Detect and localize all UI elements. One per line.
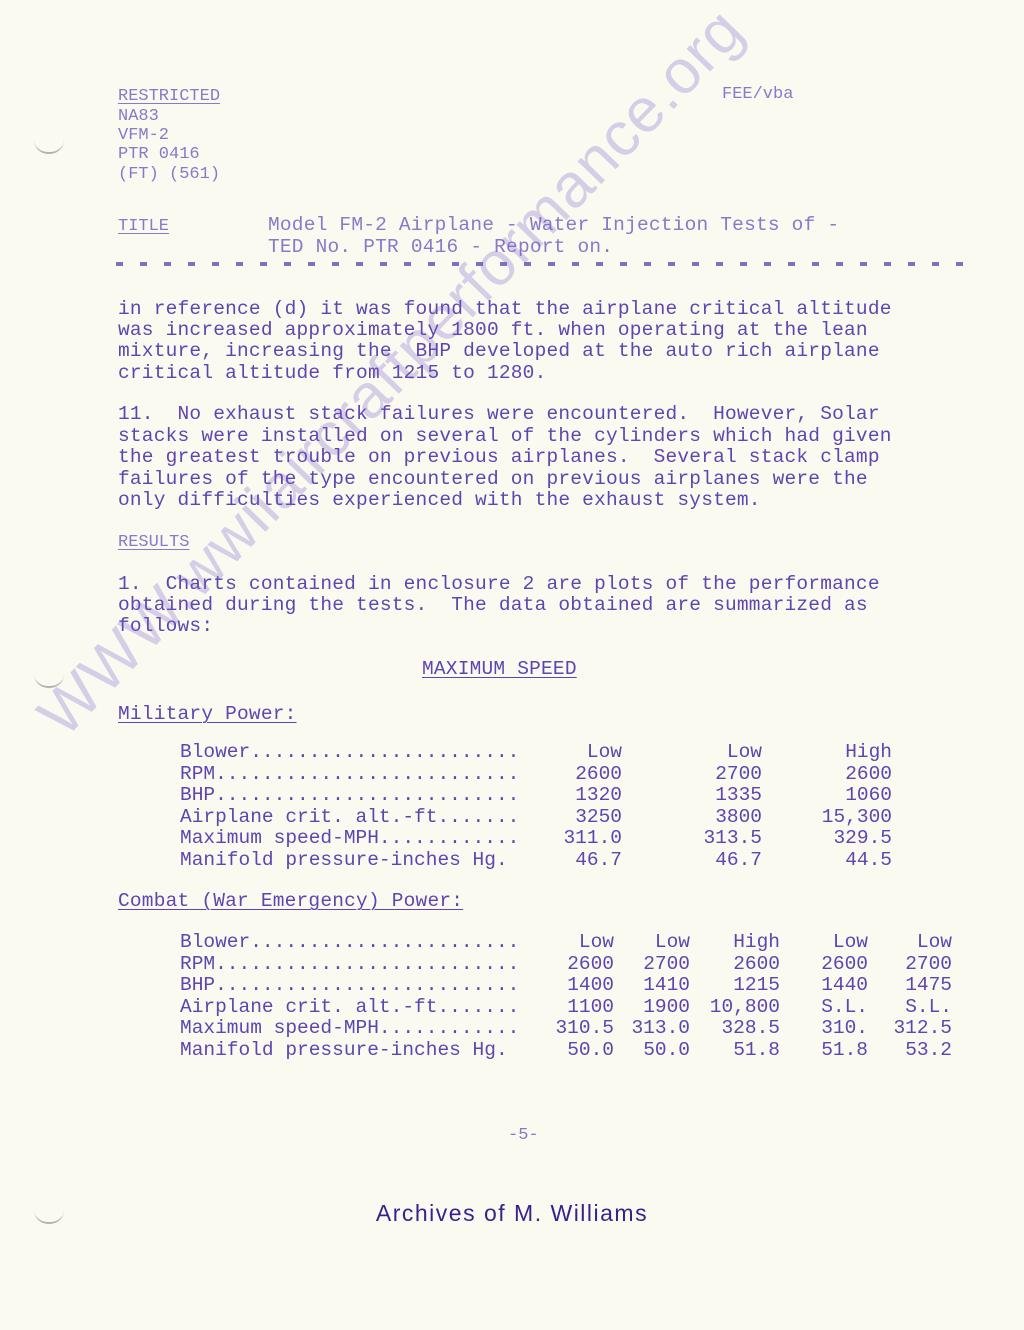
ref-line: (FT) (561) xyxy=(118,166,220,184)
cell-value: 1100 xyxy=(552,997,614,1019)
text-line: only difficulties experienced with the e… xyxy=(118,490,761,512)
cell-value: 1475 xyxy=(868,975,952,997)
cell-value: Low xyxy=(552,932,614,954)
text-line: was increased approximately 1800 ft. whe… xyxy=(118,320,868,342)
row-label: Maximum speed-MPH............ xyxy=(180,828,552,850)
typist-initials: FEE/vba xyxy=(722,86,793,104)
cell-value: 15,300 xyxy=(762,807,892,829)
title-line: TED No. PTR 0416 - Report on. xyxy=(268,237,613,259)
cell-value: 310.5 xyxy=(552,1018,614,1040)
row-label: Airplane crit. alt.-ft....... xyxy=(180,997,552,1019)
cell-value: 51.8 xyxy=(690,1040,780,1062)
row-label: BHP.......................... xyxy=(180,975,552,997)
cell-value: 1410 xyxy=(614,975,690,997)
classification-stamp: RESTRICTED xyxy=(118,88,220,106)
title-line: Model FM-2 Airplane - Water Injection Te… xyxy=(268,215,839,237)
cell-value: 3250 xyxy=(552,807,622,829)
punch-mark xyxy=(34,672,64,688)
cell-value: 1060 xyxy=(762,785,892,807)
punch-mark xyxy=(34,138,64,154)
page-number: -5- xyxy=(508,1127,539,1145)
text-line: stacks were installed on several of the … xyxy=(118,426,892,448)
cell-value: 1335 xyxy=(622,785,762,807)
table-row: Manifold pressure-inches Hg.46.746.744.5 xyxy=(180,850,892,872)
text-line: failures of the type encountered on prev… xyxy=(118,469,868,491)
cell-value: 2600 xyxy=(762,764,892,786)
cell-value: 311.0 xyxy=(552,828,622,850)
cell-value: 1400 xyxy=(552,975,614,997)
cell-value: High xyxy=(690,932,780,954)
cell-value: 2700 xyxy=(622,764,762,786)
section-heading-maximum-speed: MAXIMUM SPEED xyxy=(422,659,577,681)
row-label: Blower....................... xyxy=(180,742,552,764)
cell-value: High xyxy=(762,742,892,764)
cell-value: S.L. xyxy=(780,997,868,1019)
title-label: TITLE xyxy=(118,218,169,236)
cell-value: 50.0 xyxy=(552,1040,614,1062)
cell-value: S.L. xyxy=(868,997,952,1019)
text-line: mixture, increasing the BHP developed at… xyxy=(118,341,880,363)
table-row: Maximum speed-MPH............311.0313.53… xyxy=(180,828,892,850)
cell-value: 3800 xyxy=(622,807,762,829)
archive-credit: Archives of M. Williams xyxy=(0,1200,1024,1227)
table-row: Maximum speed-MPH............310.5313.03… xyxy=(180,1018,952,1040)
text-line: in reference (d) it was found that the a… xyxy=(118,299,892,321)
cell-value: Low xyxy=(622,742,762,764)
row-label: Manifold pressure-inches Hg. xyxy=(180,850,552,872)
row-label: Maximum speed-MPH............ xyxy=(180,1018,552,1040)
cell-value: 313.5 xyxy=(622,828,762,850)
row-label: Manifold pressure-inches Hg. xyxy=(180,1040,552,1062)
row-label: BHP.......................... xyxy=(180,785,552,807)
cell-value: Low xyxy=(868,932,952,954)
row-label: RPM.......................... xyxy=(180,954,552,976)
cell-value: 312.5 xyxy=(868,1018,952,1040)
table-row: Manifold pressure-inches Hg.50.050.051.8… xyxy=(180,1040,952,1062)
cell-value: 46.7 xyxy=(552,850,622,872)
table-row: RPM..........................26002700260… xyxy=(180,954,952,976)
cell-value: 1440 xyxy=(780,975,868,997)
combat-power-heading: Combat (War Emergency) Power: xyxy=(118,891,463,913)
text-line: follows: xyxy=(118,616,213,638)
cell-value: 10,800 xyxy=(690,997,780,1019)
cell-value: 2600 xyxy=(552,764,622,786)
cell-value: 1320 xyxy=(552,785,622,807)
cell-value: 313.0 xyxy=(614,1018,690,1040)
cell-value: 310. xyxy=(780,1018,868,1040)
cell-value: 328.5 xyxy=(690,1018,780,1040)
military-power-heading: Military Power: xyxy=(118,704,297,726)
ref-line: NA83 xyxy=(118,108,159,126)
text-line: the greatest trouble on previous airplan… xyxy=(118,447,880,469)
divider xyxy=(116,262,964,266)
table-row: BHP..........................13201335106… xyxy=(180,785,892,807)
row-label: RPM.......................... xyxy=(180,764,552,786)
text-line: 1. Charts contained in enclosure 2 are p… xyxy=(118,574,880,596)
text-line: 11. No exhaust stack failures were encou… xyxy=(118,404,880,426)
combat-power-table: Blower.......................LowLowHighL… xyxy=(180,932,952,1062)
cell-value: 2600 xyxy=(690,954,780,976)
cell-value: 53.2 xyxy=(868,1040,952,1062)
text-line: critical altitude from 1215 to 1280. xyxy=(118,363,546,385)
cell-value: Low xyxy=(780,932,868,954)
table-row: Blower.......................LowLowHighL… xyxy=(180,932,952,954)
table-row: Airplane crit. alt.-ft.......3250380015,… xyxy=(180,807,892,829)
cell-value: 51.8 xyxy=(780,1040,868,1062)
cell-value: 2600 xyxy=(780,954,868,976)
cell-value: 50.0 xyxy=(614,1040,690,1062)
ref-line: VFM-2 xyxy=(118,127,169,145)
cell-value: Low xyxy=(552,742,622,764)
table-row: BHP..........................14001410121… xyxy=(180,975,952,997)
table-row: Blower.......................LowLowHigh xyxy=(180,742,892,764)
cell-value: Low xyxy=(614,932,690,954)
cell-value: 329.5 xyxy=(762,828,892,850)
military-power-table: Blower.......................LowLowHighR… xyxy=(180,742,892,872)
cell-value: 46.7 xyxy=(622,850,762,872)
table-row: Airplane crit. alt.-ft.......1100190010,… xyxy=(180,997,952,1019)
cell-value: 2700 xyxy=(614,954,690,976)
cell-value: 44.5 xyxy=(762,850,892,872)
cell-value: 1215 xyxy=(690,975,780,997)
cell-value: 1900 xyxy=(614,997,690,1019)
table-row: RPM..........................26002700260… xyxy=(180,764,892,786)
row-label: Airplane crit. alt.-ft....... xyxy=(180,807,552,829)
text-line: obtained during the tests. The data obta… xyxy=(118,595,868,617)
cell-value: 2600 xyxy=(552,954,614,976)
cell-value: 2700 xyxy=(868,954,952,976)
results-heading: RESULTS xyxy=(118,534,189,552)
row-label: Blower....................... xyxy=(180,932,552,954)
ref-line: PTR 0416 xyxy=(118,146,200,164)
